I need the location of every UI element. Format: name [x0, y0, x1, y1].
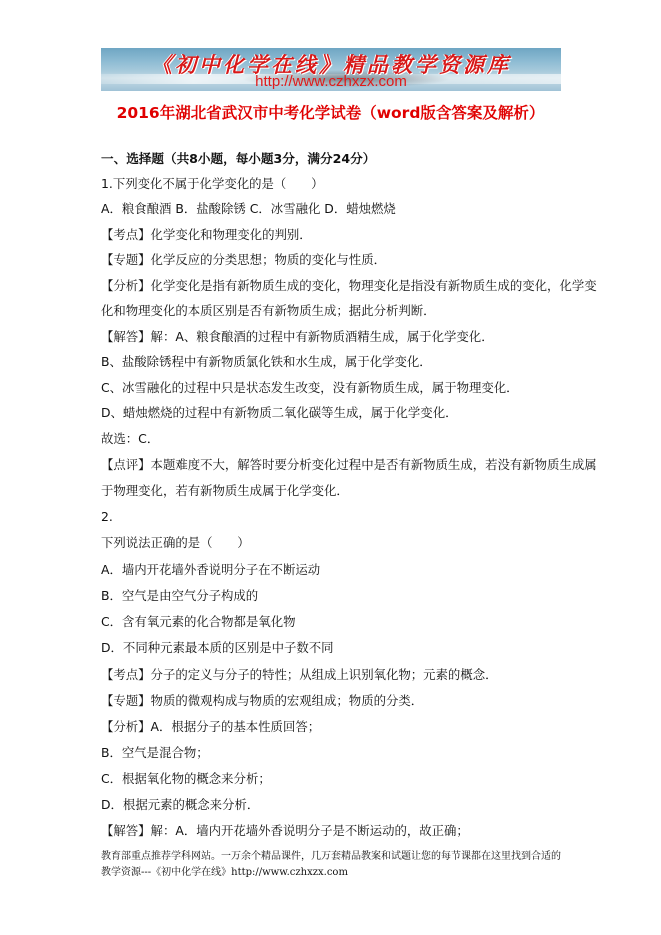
q2-answer-a: 【解答】解：A．墙内开花墙外香说明分子是不断运动的，故正确；	[101, 823, 469, 839]
question-2-stem: 下列说法正确的是（ ）	[101, 535, 250, 551]
q2-knowledge-point: 【考点】分子的定义与分子的特性；从组成上识别氧化物；元素的概念．	[101, 667, 498, 683]
q1-knowledge-point: 【考点】化学变化和物理变化的判别．	[101, 227, 312, 243]
q1-answer-b: B、盐酸除锈程中有新物质氯化铁和水生成，属于化学变化．	[101, 354, 432, 370]
q2-analysis-a: 【分析】A．根据分子的基本性质回答；	[101, 719, 320, 735]
q2-option-c: C．含有氧元素的化合物都是氧化物	[101, 614, 296, 630]
question-2-number: 2.	[101, 509, 113, 525]
document-title: 2016年湖北省武汉市中考化学试卷（word版含答案及解析）	[0, 101, 661, 123]
section-heading: 一、选择题（共8小题，每小题3分，满分24分）	[101, 151, 375, 167]
q1-comment-line-1: 【点评】本题难度不大，解答时要分析变化过程中是否有新物质生成，若没有新物质生成属	[101, 457, 597, 473]
q2-analysis-c: C．根据氧化物的概念来分析；	[101, 771, 271, 787]
q1-choice: 故选：C．	[101, 431, 159, 447]
q1-topic: 【专题】化学反应的分类思想；物质的变化与性质．	[101, 252, 386, 268]
q1-answer-a: 【解答】解：A、粮食酿酒的过程中有新物质酒精生成，属于化学变化．	[101, 329, 494, 345]
footer-line-1: 教育部重点推荐学科网站。一万余个精品课件，几万套精品教案和试题让您的每节课都在这…	[101, 850, 561, 864]
q2-option-a: A．墙内开花墙外香说明分子在不断运动	[101, 562, 320, 578]
q1-comment-line-2: 于物理变化，若有新物质生成属于化学变化．	[101, 483, 349, 499]
question-1-stem: 1.下列变化不属于化学变化的是（ ）	[101, 176, 323, 192]
q2-option-d: D．不同种元素最本质的区别是中子数不同	[101, 640, 334, 656]
site-banner: 《初中化学在线》精品教学资源库 http://www.czhxzx.com	[101, 48, 561, 91]
banner-url[interactable]: http://www.czhxzx.com	[101, 73, 561, 90]
q1-answer-c: C、冰雪融化的过程中只是状态发生改变，没有新物质生成，属于物理变化．	[101, 380, 519, 396]
q2-option-b: B．空气是由空气分子构成的	[101, 588, 258, 604]
q2-analysis-d: D．根据元素的概念来分析．	[101, 797, 259, 813]
q2-analysis-b: B．空气是混合物；	[101, 745, 209, 761]
question-1-options: A．粮食酿酒 B．盐酸除锈 C．冰雪融化 D．蜡烛燃烧	[101, 201, 396, 217]
q2-topic: 【专题】物质的微观构成与物质的宏观组成；物质的分类．	[101, 693, 423, 709]
footer-line-2: 教学资源---《初中化学在线》http://www.czhxzx.com	[101, 866, 348, 880]
q1-answer-d: D、蜡烛燃烧的过程中有新物质二氧化碳等生成，属于化学变化．	[101, 405, 457, 421]
q1-analysis-line-2: 化和物理变化的本质区别是否有新物质生成；据此分析判断．	[101, 303, 436, 319]
q1-analysis-line-1: 【分析】化学变化是指有新物质生成的变化，物理变化是指没有新物质生成的变化，化学变	[101, 278, 597, 294]
